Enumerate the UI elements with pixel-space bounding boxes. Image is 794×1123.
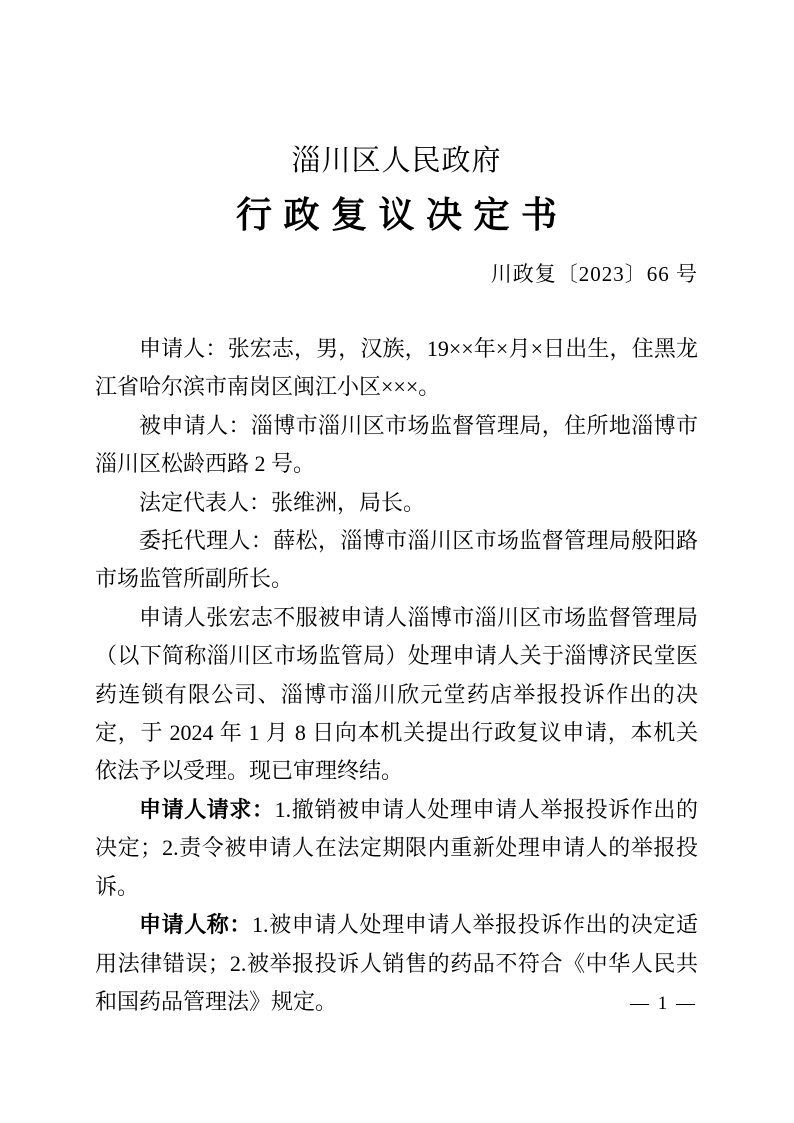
- paragraph-label: 申请人请求：: [139, 797, 275, 822]
- paragraph: 法定代表人：张维洲，局长。: [95, 484, 698, 522]
- paragraph: 申请人称：1.被申请人处理申请人举报投诉作出的决定适用法律错误；2.被举报投诉人…: [95, 906, 698, 1021]
- paragraph-label: 委托代理人：: [139, 528, 273, 553]
- document-body: 申请人：张宏志，男，汉族，19××年×月×日出生，住黑龙江省哈尔滨市南岗区闽江小…: [95, 330, 698, 1021]
- paragraph-label: 被申请人：: [139, 413, 251, 438]
- paragraph: 申请人：张宏志，男，汉族，19××年×月×日出生，住黑龙江省哈尔滨市南岗区闽江小…: [95, 330, 698, 407]
- document-title: 行政复议决定书: [95, 193, 698, 237]
- paragraph: 申请人张宏志不服被申请人淄博市淄川区市场监督管理局（以下简称淄川区市场监管局）处…: [95, 599, 698, 791]
- paragraph-label: 法定代表人：: [139, 490, 271, 515]
- page-number: — 1 —: [630, 993, 697, 1015]
- paragraph: 委托代理人：薛松，淄博市淄川区市场监督管理局般阳路市场监管所副所长。: [95, 522, 698, 599]
- paragraph-label: 申请人：: [139, 336, 228, 361]
- issuing-authority: 淄川区人民政府: [95, 144, 698, 178]
- document-page: 淄川区人民政府 行政复议决定书 川政复〔2023〕66 号 申请人：张宏志，男，…: [0, 0, 794, 1123]
- paragraph-text: 申请人张宏志不服被申请人淄博市淄川区市场监督管理局（以下简称淄川区市场监管局）处…: [95, 605, 698, 784]
- paragraph-text: 张维洲，局长。: [271, 490, 425, 515]
- paragraph: 申请人请求：1.撤销被申请人处理申请人举报投诉作出的决定；2.责令被申请人在法定…: [95, 791, 698, 906]
- document-number: 川政复〔2023〕66 号: [95, 261, 698, 288]
- paragraph-label: 申请人称：: [139, 912, 252, 937]
- paragraph: 被申请人：淄博市淄川区市场监督管理局，住所地淄博市淄川区松龄西路 2 号。: [95, 407, 698, 484]
